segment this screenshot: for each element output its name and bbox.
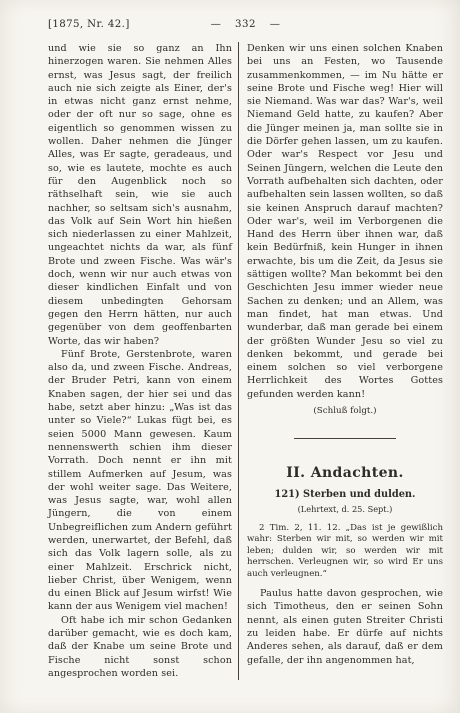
scripture-quote: 2 Tim. 2, 11. 12. „Das ist je gewißlich … xyxy=(247,523,443,580)
scanned-journal-page: [1875, Nr. 42.] — 332 — und wie sie so g… xyxy=(0,0,460,713)
paragraph: Oft habe ich mir schon Gedanken darüber … xyxy=(48,614,232,680)
two-column-layout: und wie sie so ganz an Ihn hinerzogen wa… xyxy=(48,42,443,680)
page-number: — 332 — xyxy=(48,19,443,30)
paragraph-continuation: und wie sie so ganz an Ihn hinerzogen wa… xyxy=(48,42,232,348)
section-heading: II. Andachten. xyxy=(247,465,443,481)
devotion-title: 121) Sterben und dulden. xyxy=(247,489,443,500)
paragraph-continuation: Denken wir uns einen solchen Knaben bei … xyxy=(247,42,443,401)
left-column: und wie sie so ganz an Ihn hinerzogen wa… xyxy=(48,42,239,680)
right-column: Denken wir uns einen solchen Knaben bei … xyxy=(239,42,443,680)
lesson-text-note: (Lehrtext, d. 25. Sept.) xyxy=(247,504,443,514)
section-divider-rule xyxy=(294,438,396,439)
paragraph: Fünf Brote, Gerstenbrote, waren also da,… xyxy=(48,348,232,614)
continuation-note: (Schluß folgt.) xyxy=(247,406,443,416)
paragraph: Paulus hatte davon gesprochen, wie sich … xyxy=(247,587,443,667)
page-header: [1875, Nr. 42.] — 332 — xyxy=(48,14,443,38)
